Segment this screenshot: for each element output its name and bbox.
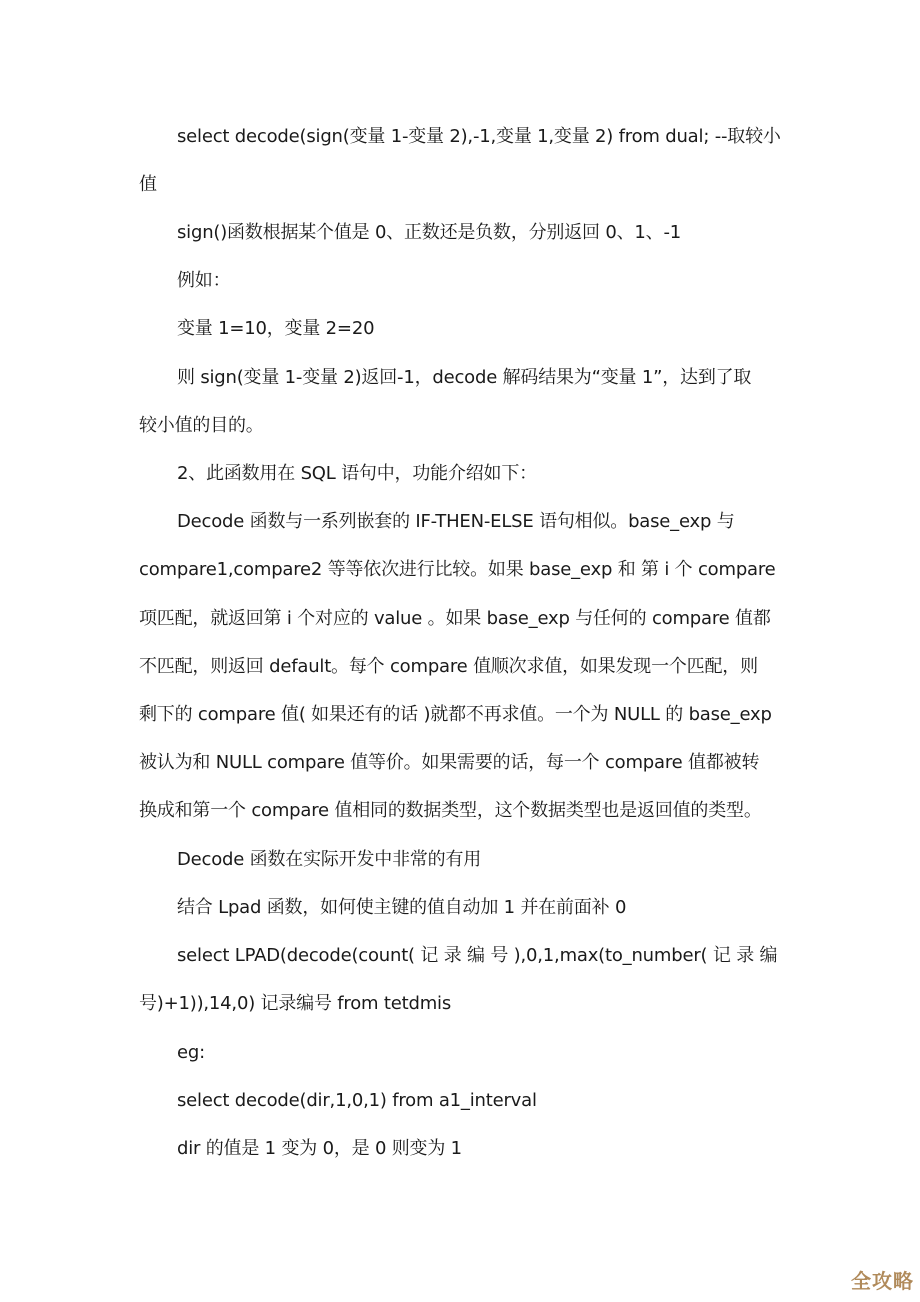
document-page: select decode(sign(变量 1-变量 2),-1,变量 1,变量… xyxy=(0,0,920,1302)
text-line-continuation: 号)+1)),14,0) 记录编号 from tetdmis xyxy=(139,992,451,1016)
text-line-example-label: 例如： xyxy=(177,269,230,293)
text-line-sql-dir: select decode(dir,1,0,1) from a1_interva… xyxy=(177,1089,537,1113)
text-line-sign-description: sign()函数根据某个值是 0、正数还是负数，分别返回 0、1、-1 xyxy=(177,221,681,245)
text-line-continuation: 较小值的目的。 xyxy=(139,414,264,438)
text-line-dir-description: dir 的值是 1 变为 0，是 0 则变为 1 xyxy=(177,1137,462,1161)
text-line-section-heading: 2、此函数用在 SQL 语句中，功能介绍如下： xyxy=(177,462,537,486)
text-line-eg-label: eg: xyxy=(177,1041,205,1065)
text-line-paragraph: 被认为和 NULL compare 值等价。如果需要的话，每一个 compare… xyxy=(139,751,759,775)
text-line-sign-result: 则 sign(变量 1-变量 2)返回-1，decode 解码结果为“变量 1”… xyxy=(177,366,751,390)
text-line-paragraph: 换成和第一个 compare 值相同的数据类型，这个数据类型也是返回值的类型。 xyxy=(139,799,762,823)
text-line-paragraph: 不匹配，则返回 default。每个 compare 值顺次求值，如果发现一个匹… xyxy=(139,655,758,679)
watermark-logo: 全攻略 xyxy=(851,1265,914,1294)
text-line-decode-description: Decode 函数与一系列嵌套的 IF-THEN-ELSE 语句相似。base_… xyxy=(177,510,735,534)
text-line-decode-usefulness: Decode 函数在实际开发中非常的有用 xyxy=(177,848,481,872)
text-line-paragraph: 剩下的 compare 值( 如果还有的话 )就都不再求值。一个为 NULL 的… xyxy=(139,703,772,727)
text-line-sql-lpad: select LPAD(decode(count( 记 录 编 号 ),0,1,… xyxy=(177,944,777,968)
text-line-paragraph: compare1,compare2 等等依次进行比较。如果 base_exp 和… xyxy=(139,558,776,582)
text-line-variable-values: 变量 1=10，变量 2=20 xyxy=(177,317,374,341)
text-line-sql-decode-min: select decode(sign(变量 1-变量 2),-1,变量 1,变量… xyxy=(177,125,781,149)
text-line-lpad-intro: 结合 Lpad 函数，如何使主键的值自动加 1 并在前面补 0 xyxy=(177,896,626,920)
text-line-continuation: 值 xyxy=(139,173,157,197)
text-line-paragraph: 项匹配，就返回第 i 个对应的 value 。如果 base_exp 与任何的 … xyxy=(139,607,771,631)
